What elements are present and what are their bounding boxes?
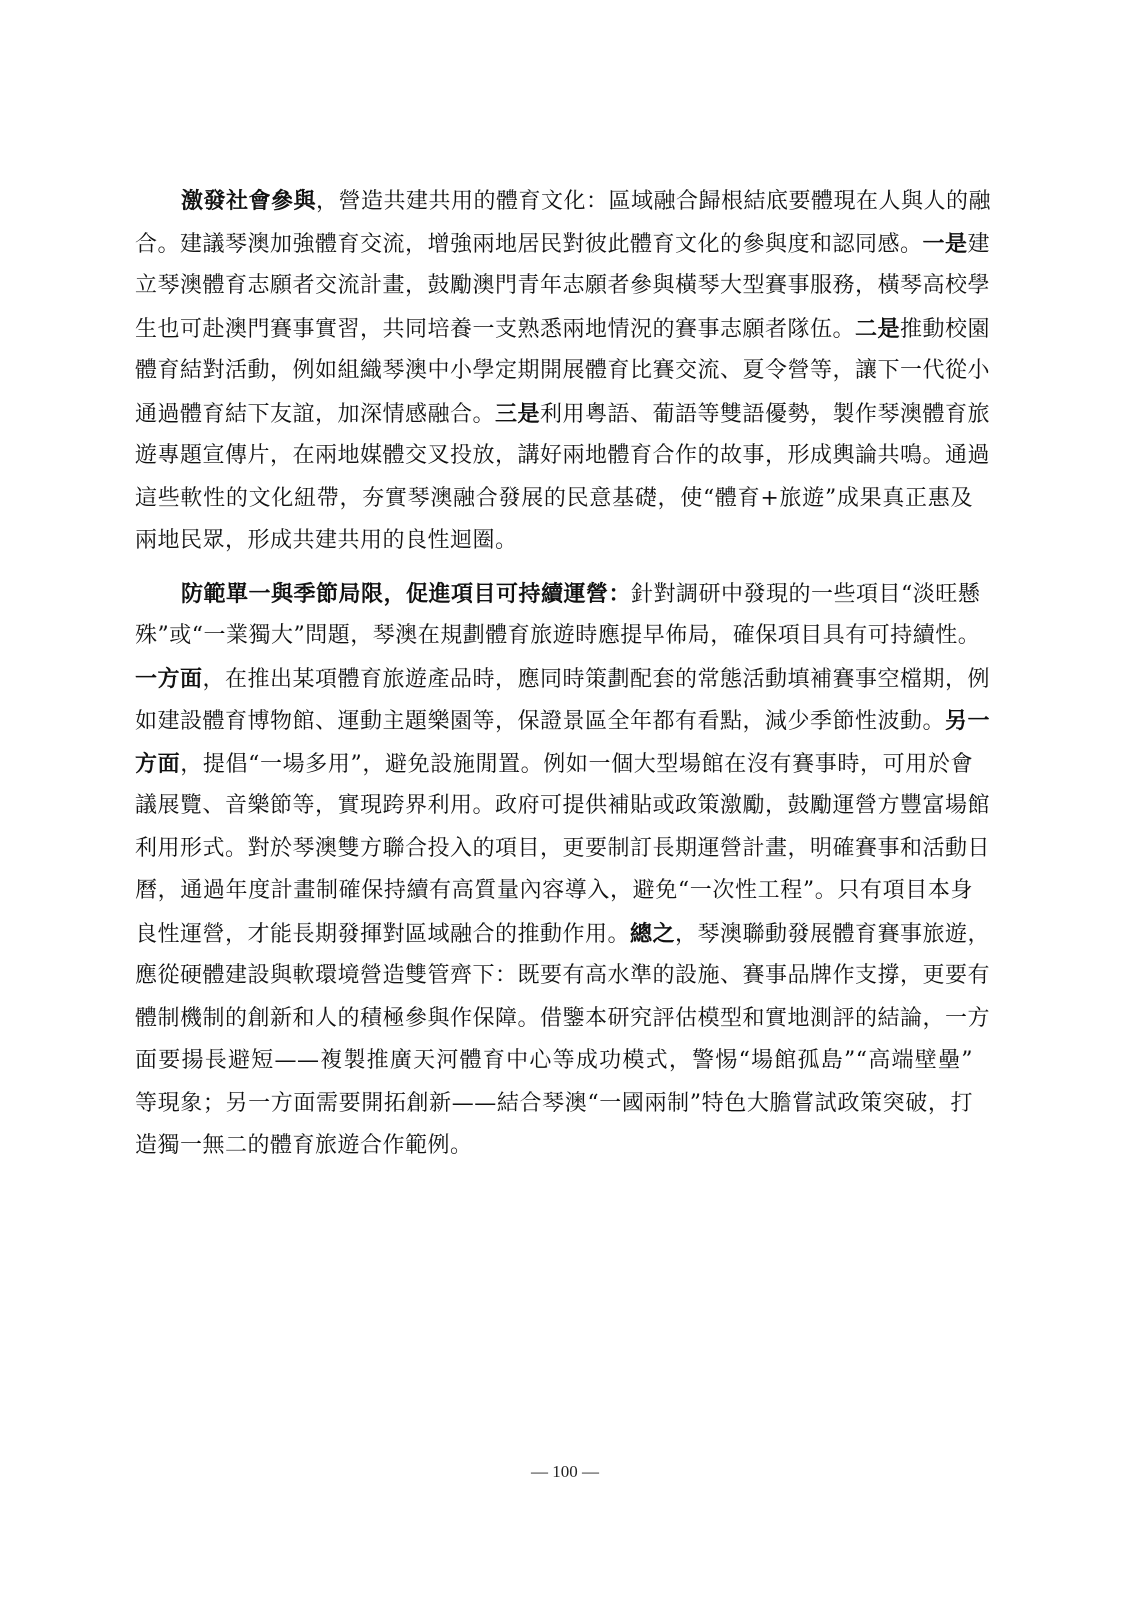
bold-heading-text: 一是 — [923, 231, 968, 257]
text-line: 立琴澳體育志願者交流計畫，鼓勵澳門青年志願者參與橫琴大型賽事服務，橫琴高校學 — [135, 268, 973, 311]
body-text-segment: 體制機制的創新和人的積極參與作保障。借鑒本研究評估模型和實地測評的結論，一方 — [135, 1006, 990, 1031]
text-line: 體制機制的創新和人的積極參與作保障。借鑒本研究評估模型和實地測評的結論，一方 — [135, 1001, 973, 1044]
body-text-segment: 針對調研中發現的一些項目“淡旺懸 — [631, 582, 980, 607]
body-text-segment: 生也可赴澳門賽事實習，共同培養一支熟悉兩地情況的賽事志願者隊伍。 — [135, 317, 855, 342]
text-line: 殊”或“一業獨大”問題，琴澳在規劃體育旅遊時應提早佈局，確保項目具有可持續性。 — [135, 618, 973, 661]
text-line: 這些軟性的文化紐帶，夯實琴澳融合發展的民意基礎，使“體育+旅遊”成果真正惠及 — [135, 481, 973, 524]
body-text-segment: 等現象；另一方面需要開拓創新——結合琴澳“一國兩制”特色大膽嘗試政策突破，打 — [135, 1091, 973, 1116]
body-text-segment: 利用粵語、葡語等雙語優勢，製作琴澳體育旅 — [540, 402, 990, 427]
body-text-segment: ，在推出某項體育旅遊產品時，應同時策劃配套的常態活動填補賽事空檔期，例 — [203, 667, 991, 692]
body-text-segment: 殊”或“一業獨大”問題，琴澳在規劃體育旅遊時應提早佈局，確保項目具有可持續性。 — [135, 623, 980, 648]
body-text-segment: 造獨一無二的體育旅遊合作範例。 — [135, 1133, 473, 1158]
text-line: 議展覽、音樂節等，實現跨界利用。政府可提供補貼或政策激勵，鼓勵運營方豐富場館 — [135, 788, 973, 831]
text-line: 合。建議琴澳加強體育交流，增強兩地居民對彼此體育文化的參與度和認同感。一是建 — [135, 226, 973, 269]
text-line: 造獨一無二的體育旅遊合作範例。 — [135, 1128, 973, 1171]
text-line: 通過體育結下友誼，加深情感融合。三是利用粵語、葡語等雙語優勢，製作琴澳體育旅 — [135, 396, 973, 439]
body-text-segment: ，營造共建共用的體育文化：區域融合歸根結底要體現在人與人的融 — [316, 189, 991, 214]
text-line: 如建設體育博物館、運動主題樂園等，保證景區全年都有看點，減少季節性波動。另一 — [135, 703, 973, 746]
bold-heading-text: 三是 — [495, 401, 540, 427]
text-line: 防範單一與季節局限，促進項目可持續運營：針對調研中發現的一些項目“淡旺懸 — [135, 576, 973, 619]
body-text-segment: 體育結對活動，例如組織琴澳中小學定期開展體育比賽交流、夏令營等，讓下一代從小 — [135, 358, 990, 383]
text-line: 方面，提倡“一場多用”，避免設施閒置。例如一個大型場館在沒有賽事時，可用於會 — [135, 746, 973, 789]
paragraph-sustainable-operation: 防範單一與季節局限，促進項目可持續運營：針對調研中發現的一些項目“淡旺懸殊”或“… — [135, 576, 973, 1171]
bold-heading-text: 方面 — [135, 751, 180, 777]
body-text-segment: ，琴澳聯動發展體育賽事旅遊， — [675, 922, 990, 947]
paragraph-social-participation: 激發社會參與，營造共建共用的體育文化：區域融合歸根結底要體現在人與人的融合。建議… — [135, 183, 973, 566]
bold-heading-text: 二是 — [855, 316, 900, 342]
body-text-segment: 曆，通過年度計畫制確保持續有高質量內容導入，避免“一次性工程”。只有項目本身 — [135, 878, 973, 903]
bold-heading-text: 總之 — [630, 921, 675, 947]
body-text-segment: ，提倡“一場多用”，避免設施閒置。例如一個大型場館在沒有賽事時，可用於會 — [180, 752, 973, 777]
text-line: 應從硬體建設與軟環境營造雙管齊下：既要有高水準的設施、賽事品牌作支撐，更要有 — [135, 958, 973, 1001]
bold-heading-text: 一方面 — [135, 666, 203, 692]
text-line: 激發社會參與，營造共建共用的體育文化：區域融合歸根結底要體現在人與人的融 — [135, 183, 973, 226]
body-text: 激發社會參與，營造共建共用的體育文化：區域融合歸根結底要體現在人與人的融合。建議… — [135, 183, 973, 1171]
text-line: 生也可赴澳門賽事實習，共同培養一支熟悉兩地情況的賽事志願者隊伍。二是推動校園 — [135, 311, 973, 354]
body-text-segment: 議展覽、音樂節等，實現跨界利用。政府可提供補貼或政策激勵，鼓勵運營方豐富場館 — [135, 793, 990, 818]
text-line: 面要揚長避短——複製推廣天河體育中心等成功模式，警惕“場館孤島”“高端壁壘” — [135, 1043, 973, 1086]
bold-heading-text: 另一 — [945, 708, 990, 734]
body-text-segment: 兩地民眾，形成共建共用的良性迴圈。 — [135, 528, 518, 553]
text-line: 遊專題宣傳片，在兩地媒體交叉投放，講好兩地體育合作的故事，形成輿論共鳴。通過 — [135, 438, 973, 481]
body-text-segment: 建 — [968, 232, 991, 257]
text-line: 一方面，在推出某項體育旅遊產品時，應同時策劃配套的常態活動填補賽事空檔期，例 — [135, 661, 973, 704]
document-page: 激發社會參與，營造共建共用的體育文化：區域融合歸根結底要體現在人與人的融合。建議… — [0, 0, 1130, 1600]
text-line: 體育結對活動，例如組織琴澳中小學定期開展體育比賽交流、夏令營等，讓下一代從小 — [135, 353, 973, 396]
body-text-segment: 良性運營，才能長期發揮對區域融合的推動作用。 — [135, 922, 630, 947]
body-text-segment: 推動校園 — [900, 317, 990, 342]
body-text-segment: 通過體育結下友誼，加深情感融合。 — [135, 402, 495, 427]
body-text-segment: 面要揚長避短——複製推廣天河體育中心等成功模式，警惕“場館孤島”“高端壁壘” — [135, 1048, 973, 1073]
bold-heading-text: 防範單一與季節局限，促進項目可持續運營： — [181, 581, 631, 607]
body-text-segment: 遊專題宣傳片，在兩地媒體交叉投放，講好兩地體育合作的故事，形成輿論共鳴。通過 — [135, 443, 990, 468]
page-number: — 100 — — [0, 1462, 1130, 1482]
text-line: 兩地民眾，形成共建共用的良性迴圈。 — [135, 523, 973, 566]
text-line: 等現象；另一方面需要開拓創新——結合琴澳“一國兩制”特色大膽嘗試政策突破，打 — [135, 1086, 973, 1129]
bold-heading-text: 激發社會參與 — [181, 188, 316, 214]
body-text-segment: 如建設體育博物館、運動主題樂園等，保證景區全年都有看點，減少季節性波動。 — [135, 709, 945, 734]
text-line: 良性運營，才能長期發揮對區域融合的推動作用。總之，琴澳聯動發展體育賽事旅遊， — [135, 916, 973, 959]
text-line: 曆，通過年度計畫制確保持續有高質量內容導入，避免“一次性工程”。只有項目本身 — [135, 873, 973, 916]
body-text-segment: 立琴澳體育志願者交流計畫，鼓勵澳門青年志願者參與橫琴大型賽事服務，橫琴高校學 — [135, 273, 990, 298]
body-text-segment: 這些軟性的文化紐帶，夯實琴澳融合發展的民意基礎，使“體育+旅遊”成果真正惠及 — [135, 486, 973, 511]
body-text-segment: 合。建議琴澳加強體育交流，增強兩地居民對彼此體育文化的參與度和認同感。 — [135, 232, 923, 257]
text-line: 利用形式。對於琴澳雙方聯合投入的項目，更要制訂長期運營計畫，明確賽事和活動日 — [135, 831, 973, 874]
body-text-segment: 應從硬體建設與軟環境營造雙管齊下：既要有高水準的設施、賽事品牌作支撐，更要有 — [135, 963, 990, 988]
body-text-segment: 利用形式。對於琴澳雙方聯合投入的項目，更要制訂長期運營計畫，明確賽事和活動日 — [135, 836, 990, 861]
